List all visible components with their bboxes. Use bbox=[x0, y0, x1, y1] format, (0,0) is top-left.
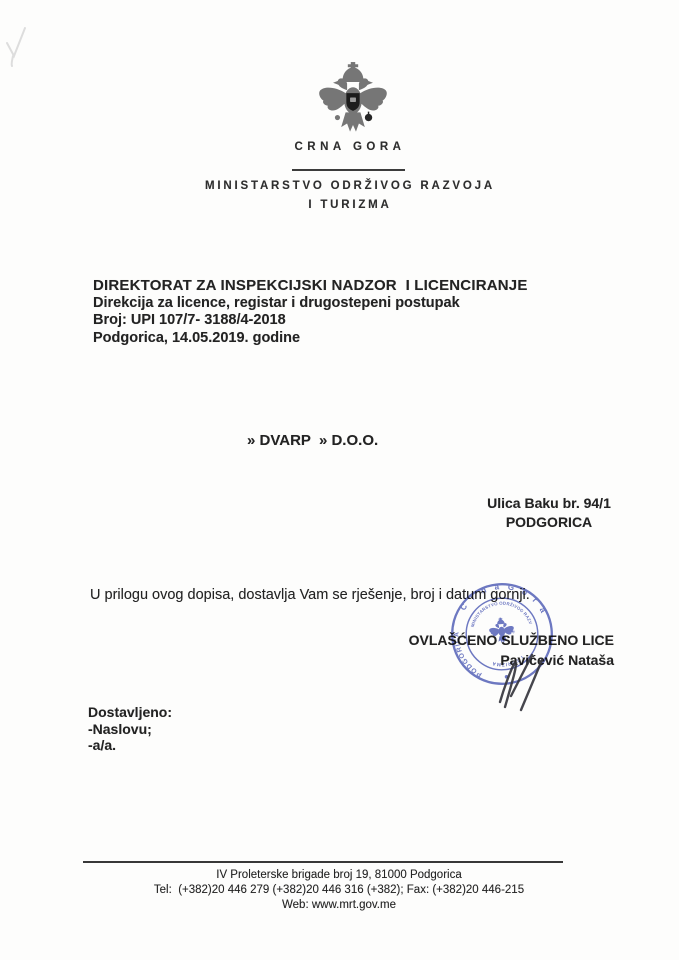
reference-number: Broj: UPI 107/7- 3188/4-2018 bbox=[93, 312, 613, 329]
ministry-name-line2: I TURIZMA bbox=[20, 199, 679, 211]
footer-web: Web: www.mrt.gov.me bbox=[9, 898, 669, 913]
recipient-street: Ulica Baku br. 94/1 bbox=[478, 494, 620, 513]
stamp-star-icon: ✳ bbox=[510, 629, 516, 636]
recipient-city: PODGORICA bbox=[478, 513, 620, 532]
footer-address: IV Proleterske brigade broj 19, 81000 Po… bbox=[9, 868, 669, 883]
place-and-date: Podgorica, 14.05.2019. godine bbox=[93, 330, 613, 347]
delivery-label: Dostavljeno: bbox=[88, 704, 172, 721]
delivery-item: -a/a. bbox=[88, 737, 172, 754]
delivery-list: Dostavljeno: -Naslovu; -a/a. bbox=[88, 704, 172, 754]
coat-of-arms-icon bbox=[316, 62, 390, 142]
country-title: CRNA GORA bbox=[20, 141, 679, 153]
footer-phone-fax: Tel: (+382)20 446 279 (+382)20 446 316 (… bbox=[9, 883, 669, 898]
directorate-name: DIREKTORAT ZA INSPEKCIJSKI NADZOR I LICE… bbox=[93, 276, 613, 295]
footer-divider bbox=[83, 861, 563, 863]
ministry-name-line1: MINISTARSTVO ODRŽIVOG RAZVOJA bbox=[20, 180, 679, 192]
recipient-address: Ulica Baku br. 94/1 PODGORICA bbox=[478, 494, 620, 531]
department-name: Direkcija za licence, registar i drugost… bbox=[93, 295, 613, 312]
sender-block: DIREKTORAT ZA INSPEKCIJSKI NADZOR I LICE… bbox=[93, 276, 613, 347]
footer-contact-block: IV Proleterske brigade broj 19, 81000 Po… bbox=[9, 868, 669, 914]
recipient-name: » DVARP » D.O.O. bbox=[247, 432, 378, 449]
header-divider bbox=[292, 169, 405, 171]
pen-checkmark-icon bbox=[3, 25, 29, 67]
handwritten-signature bbox=[497, 652, 551, 716]
delivery-item: -Naslovu; bbox=[88, 721, 172, 738]
scanned-letter-page: CRNA GORA MINISTARSTVO ODRŽIVOG RAZVOJA … bbox=[0, 0, 679, 960]
